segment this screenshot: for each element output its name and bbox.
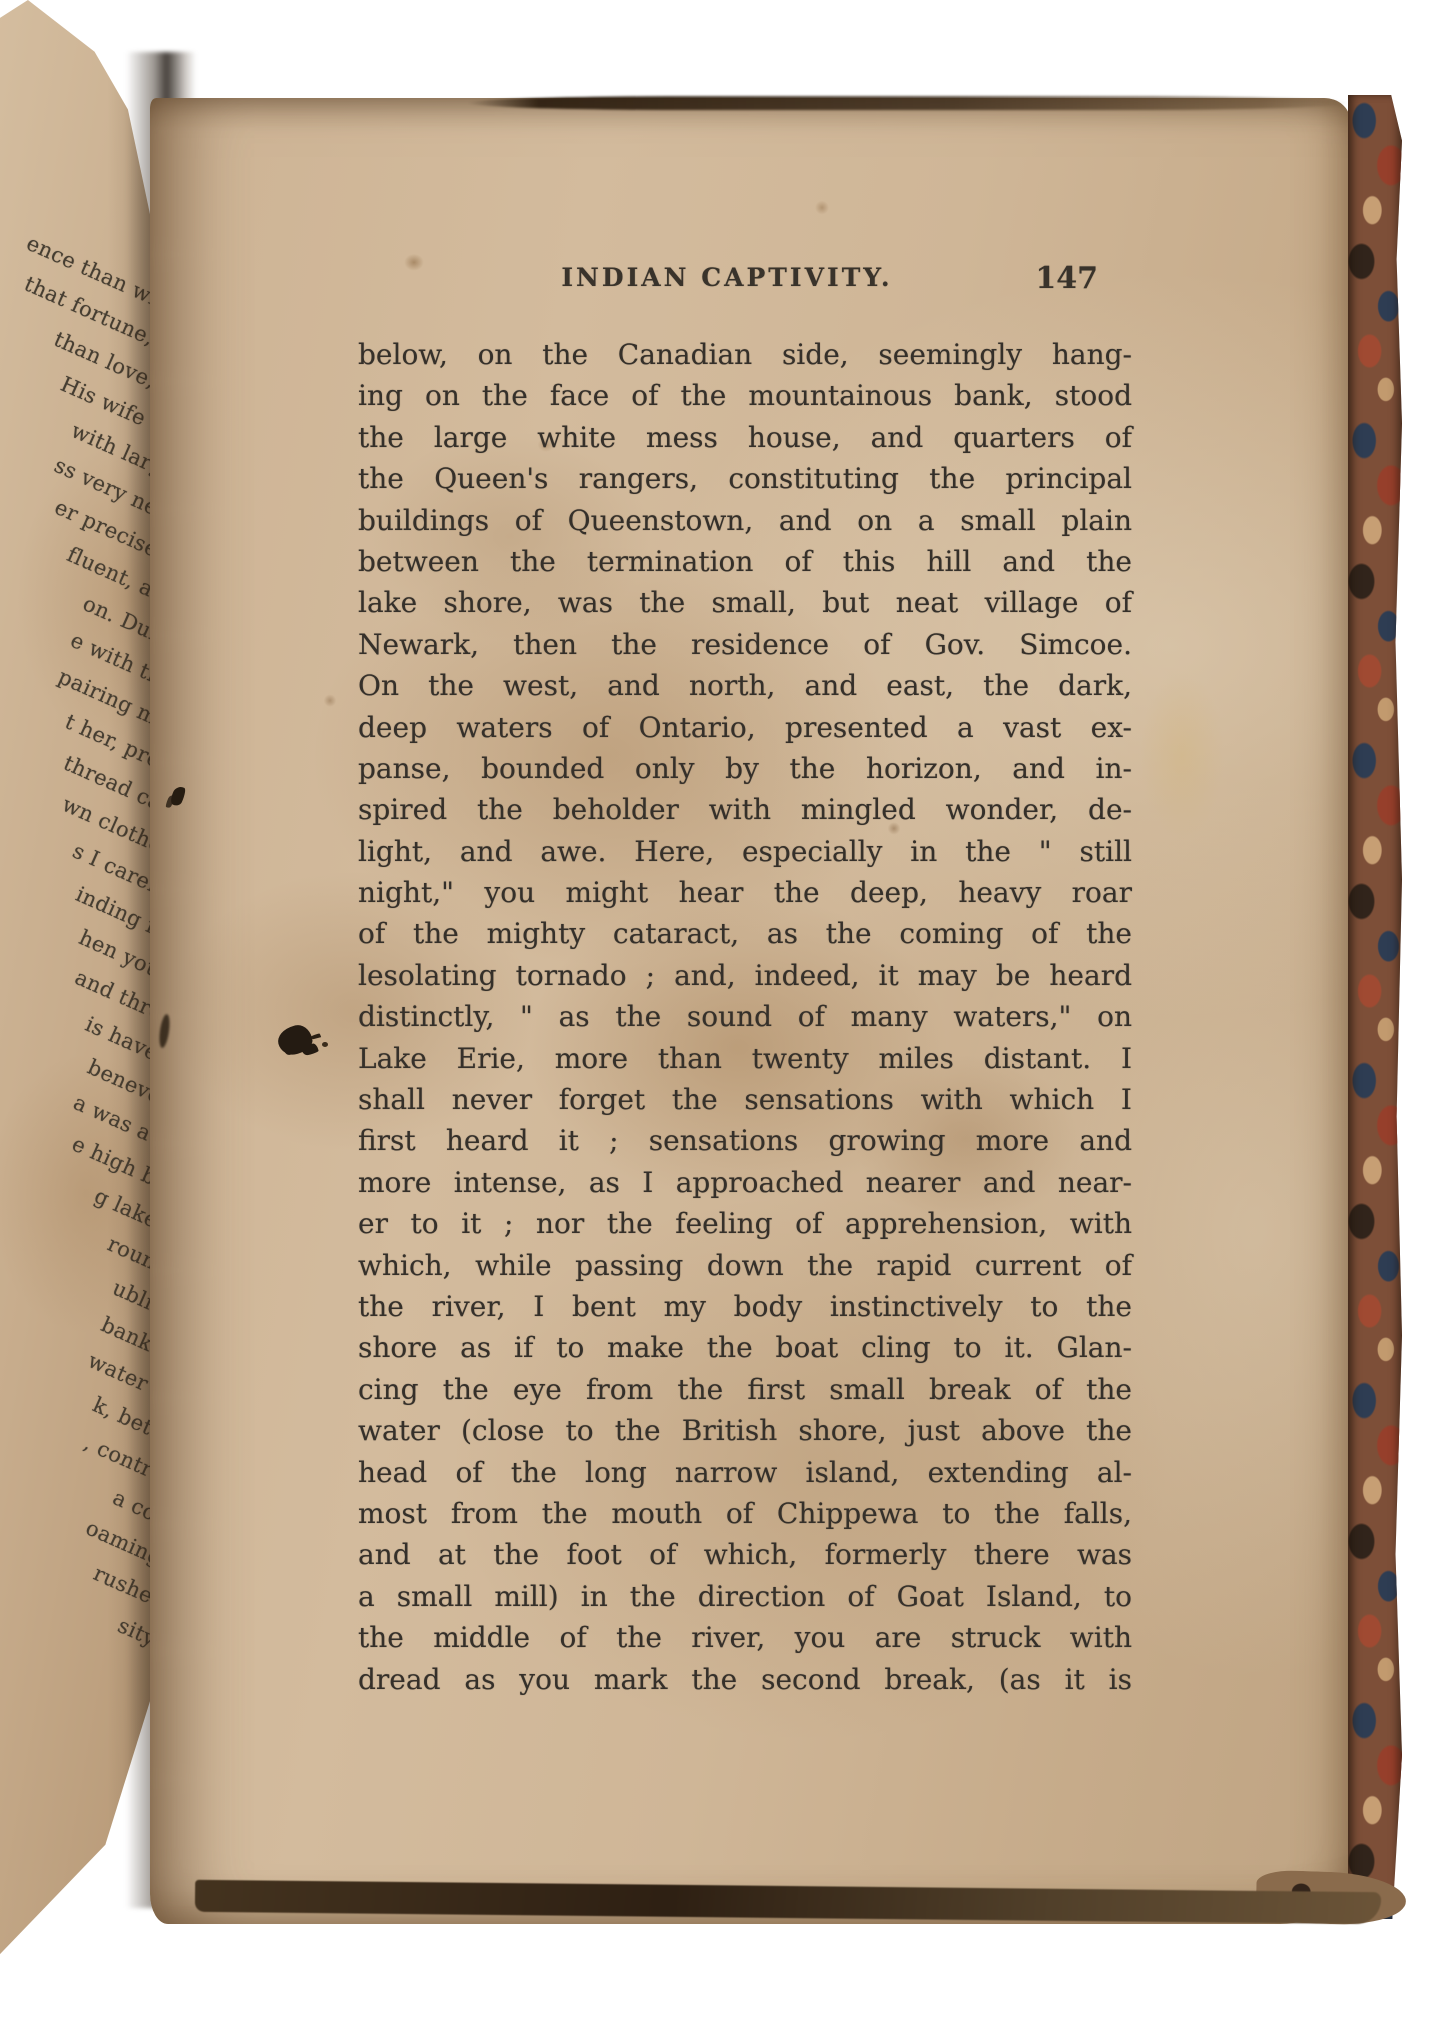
text-line: panse, bounded only by the horizon, and … — [358, 748, 1132, 789]
text-line: a small mill) in the direction of Goat I… — [358, 1576, 1132, 1617]
text-line: the Queen's rangers, constituting the pr… — [358, 458, 1132, 499]
page-top-edge — [468, 96, 1350, 110]
text-line: between the termination of this hill and… — [358, 541, 1132, 582]
text-line: the middle of the river, you are struck … — [358, 1617, 1132, 1658]
text-line: light, and awe. Here, especially in the … — [358, 831, 1132, 872]
marbled-cover-edge — [1348, 95, 1402, 1919]
text-line: lesolating tornado ; and, indeed, it may… — [358, 955, 1132, 996]
page-number: 147 — [1035, 261, 1098, 296]
text-line: lake shore, was the small, but neat vill… — [358, 582, 1132, 623]
text-line: dread as you mark the second break, (as … — [358, 1659, 1132, 1700]
text-line: cing the eye from the first small break … — [358, 1369, 1132, 1410]
text-line: ing on the face of the mountainous bank,… — [358, 375, 1132, 416]
text-line: distinctly, " as the sound of many water… — [358, 996, 1132, 1037]
text-line: shall never forget the sensations with w… — [358, 1079, 1132, 1120]
running-header-title: INDIAN CAPTIVITY. — [358, 263, 1132, 292]
text-line: shore as if to make the boat cling to it… — [358, 1327, 1132, 1368]
text-line: the river, I bent my body instinctively … — [358, 1286, 1132, 1327]
text-line: of the mighty cataract, as the coming of… — [358, 913, 1132, 954]
text-line: and at the foot of which, formerly there… — [358, 1534, 1132, 1575]
right-page: INDIAN CAPTIVITY. 147 below, on the Cana… — [150, 98, 1350, 1924]
text-line: head of the long narrow island, extendin… — [358, 1452, 1132, 1493]
text-line: deep waters of Ontario, presented a vast… — [358, 707, 1132, 748]
text-line: most from the mouth of Chippewa to the f… — [358, 1493, 1132, 1534]
text-line: water (close to the British shore, just … — [358, 1410, 1132, 1451]
page-body-text: below, on the Canadian side, seemingly h… — [358, 334, 1132, 1700]
text-line: buildings of Queenstown, and on a small … — [358, 500, 1132, 541]
text-line: spired the beholder with mingled wonder,… — [358, 789, 1132, 830]
text-line: Lake Erie, more than twenty miles distan… — [358, 1038, 1132, 1079]
text-line: er to it ; nor the feeling of apprehensi… — [358, 1203, 1132, 1244]
running-header-row: INDIAN CAPTIVITY. 147 — [358, 263, 1132, 303]
text-line: Newark, then the residence of Gov. Simco… — [358, 624, 1132, 665]
text-line: On the west, and north, and east, the da… — [358, 665, 1132, 706]
text-line: the large white mess house, and quarters… — [358, 417, 1132, 458]
book-photo: TY. ence than with af- that fortune, ran… — [0, 0, 1445, 2023]
text-line: which, while passing down the rapid curr… — [358, 1245, 1132, 1286]
text-line: night," you might hear the deep, heavy r… — [358, 872, 1132, 913]
text-line: more intense, as I approached nearer and… — [358, 1162, 1132, 1203]
text-line: below, on the Canadian side, seemingly h… — [358, 334, 1132, 375]
text-line: first heard it ; sensations growing more… — [358, 1120, 1132, 1161]
ink-speck — [322, 1042, 328, 1047]
